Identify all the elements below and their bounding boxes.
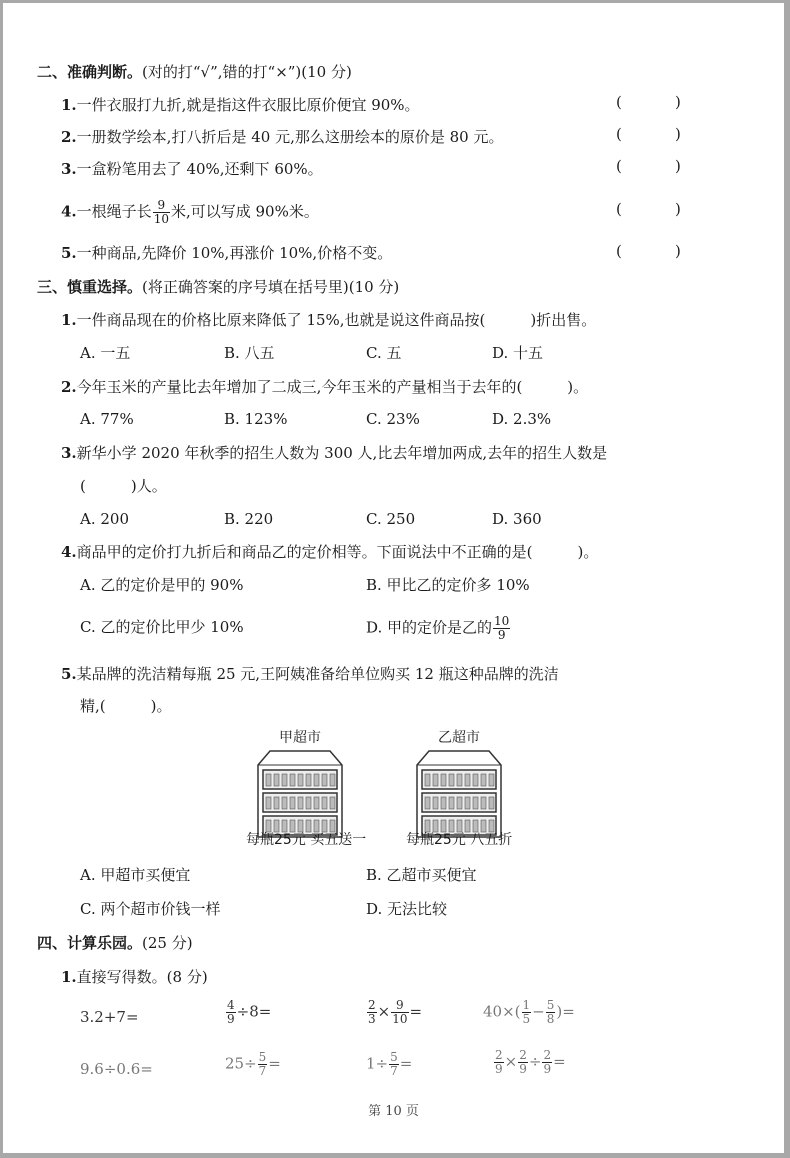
- subquestion-1: 1.直接写得数。(8 分): [61, 967, 208, 987]
- judge-item-2: 2.一册数学绘本,打八折后是 40 元,那么这册绘本的原价是 80 元。: [61, 127, 503, 147]
- fraction: 57: [389, 1051, 399, 1078]
- option-c[interactable]: C. 五: [366, 343, 401, 363]
- paren-close: ): [675, 241, 681, 261]
- shop-yi: 乙超市: [404, 729, 514, 843]
- denominator: 9: [542, 1063, 552, 1076]
- choice-question-3: 3.新华小学 2020 年秋季的招生人数为 300 人,比去年增加两成,去年的招…: [61, 443, 607, 463]
- denominator: 10: [153, 213, 170, 226]
- operator: ÷: [529, 1053, 542, 1071]
- section-note: (25 分): [142, 934, 193, 952]
- option-b[interactable]: B. 220: [224, 509, 273, 529]
- calc-item: 40×(15−58)=: [483, 999, 575, 1026]
- denominator: 3: [367, 1013, 377, 1026]
- item-number: 5.: [61, 665, 77, 683]
- judge-item-4: 4.一根绳子长910米,可以写成 90%米。: [61, 199, 319, 226]
- numerator: 5: [389, 1051, 399, 1065]
- denominator: 7: [389, 1065, 399, 1078]
- option-b[interactable]: B. 乙超市买便宜: [366, 865, 477, 885]
- operator: −: [532, 1003, 545, 1021]
- option-d[interactable]: D. 甲的定价是乙的109: [366, 615, 511, 642]
- item-number: 3.: [61, 160, 77, 178]
- fraction: 29: [494, 1049, 504, 1076]
- numerator: 1: [522, 999, 532, 1013]
- calc-item: 49÷8=: [225, 999, 271, 1026]
- item-number: 2.: [61, 128, 77, 146]
- section-4-heading: 四、计算乐园。(25 分): [37, 933, 193, 953]
- shop-jia: 甲超市: [245, 729, 355, 843]
- fraction: 910: [153, 199, 170, 226]
- section-title: 四、计算乐园。: [37, 934, 142, 952]
- calc-item: 9.6÷0.6=: [80, 1059, 153, 1079]
- expression-text: =: [553, 1053, 566, 1071]
- paren-open: (: [616, 199, 622, 219]
- numerator: 2: [367, 999, 377, 1013]
- question-text: 商品甲的定价打九折后和商品乙的定价相等。下面说法中不正确的是( )。: [77, 543, 599, 561]
- item-text: 一册数学绘本,打八折后是 40 元,那么这册绘本的原价是 80 元。: [77, 128, 504, 146]
- fraction: 29: [518, 1049, 528, 1076]
- calc-item: 25÷57=: [225, 1051, 281, 1078]
- denominator: 5: [522, 1013, 532, 1026]
- numerator: 9: [391, 999, 408, 1013]
- worksheet-page: 二、准确判断。(对的打“√”,错的打“×”)(10 分) 1.一件衣服打九折,就…: [3, 3, 784, 1153]
- choice-question-4: 4.商品甲的定价打九折后和商品乙的定价相等。下面说法中不正确的是( )。: [61, 542, 598, 562]
- fraction: 109: [493, 615, 510, 642]
- paren-open: (: [616, 124, 622, 144]
- option-d[interactable]: D. 2.3%: [492, 409, 551, 429]
- section-title: 三、慎重选择。: [37, 278, 142, 296]
- operator: ×: [505, 1053, 518, 1071]
- paren-close: ): [675, 199, 681, 219]
- operator: ×: [378, 1003, 391, 1021]
- fraction: 15: [522, 999, 532, 1026]
- question-text-continued: 精,( )。: [80, 696, 171, 716]
- numerator: 9: [153, 199, 170, 213]
- shop-name: 甲超市: [245, 729, 355, 747]
- numerator: 5: [258, 1051, 268, 1065]
- denominator: 9: [494, 1063, 504, 1076]
- expression-text: 25÷: [225, 1055, 257, 1073]
- section-title: 二、准确判断。: [37, 63, 142, 81]
- item-number: 4.: [61, 203, 77, 221]
- item-text: 一种商品,先降价 10%,再涨价 10%,价格不变。: [77, 244, 393, 262]
- fraction: 910: [391, 999, 408, 1026]
- item-text: 一盒粉笔用去了 40%,还剩下 60%。: [77, 160, 323, 178]
- judge-item-3: 3.一盒粉笔用去了 40%,还剩下 60%。: [61, 159, 323, 179]
- numerator: 4: [226, 999, 236, 1013]
- fraction: 23: [367, 999, 377, 1026]
- question-text: 一件商品现在的价格比原来降低了 15%,也就是说这件商品按( )折出售。: [77, 311, 597, 329]
- option-d[interactable]: D. 无法比较: [366, 899, 447, 919]
- calc-item: 23×910=: [366, 999, 422, 1026]
- option-a[interactable]: A. 200: [80, 509, 129, 529]
- fraction: 57: [258, 1051, 268, 1078]
- shelf-illustration-icon: [404, 747, 514, 839]
- option-c[interactable]: C. 250: [366, 509, 415, 529]
- fraction: 49: [226, 999, 236, 1026]
- section-3-heading: 三、慎重选择。(将正确答案的序号填在括号里)(10 分): [37, 277, 399, 297]
- denominator: 9: [493, 629, 510, 642]
- shop-name: 乙超市: [404, 729, 514, 747]
- expression-text: =: [410, 1003, 423, 1021]
- paren-open: (: [616, 92, 622, 112]
- expression-text: 1÷: [366, 1055, 388, 1073]
- fraction: 58: [546, 999, 556, 1026]
- item-number: 2.: [61, 378, 77, 396]
- option-a[interactable]: A. 乙的定价是甲的 90%: [80, 575, 243, 595]
- shop-caption: 每瓶25元 八五折: [406, 831, 512, 849]
- calc-item: 3.2+7=: [80, 1007, 139, 1027]
- item-number: 1.: [61, 96, 77, 114]
- denominator: 9: [518, 1063, 528, 1076]
- fraction: 29: [542, 1049, 552, 1076]
- option-text: D. 甲的定价是乙的: [366, 619, 492, 637]
- judge-item-1: 1.一件衣服打九折,就是指这件衣服比原价便宜 90%。: [61, 95, 420, 115]
- choice-question-5: 5.某品牌的洗洁精每瓶 25 元,王阿姨准备给单位购买 12 瓶这种品牌的洗洁: [61, 664, 559, 684]
- denominator: 10: [391, 1013, 408, 1026]
- item-number: 4.: [61, 543, 77, 561]
- paren-close: ): [675, 156, 681, 176]
- paren-close: ): [675, 92, 681, 112]
- expression-text: )=: [556, 1003, 574, 1021]
- choice-question-1: 1.一件商品现在的价格比原来降低了 15%,也就是说这件商品按( )折出售。: [61, 310, 596, 330]
- subquestion-text: 直接写得数。(8 分): [77, 968, 208, 986]
- expression-text: =: [400, 1055, 413, 1073]
- option-b[interactable]: B. 123%: [224, 409, 287, 429]
- paren-open: (: [616, 156, 622, 176]
- denominator: 9: [226, 1013, 236, 1026]
- expression-text: ÷8=: [237, 1003, 272, 1021]
- section-note: (对的打“√”,错的打“×”)(10 分): [142, 63, 352, 81]
- question-text: 某品牌的洗洁精每瓶 25 元,王阿姨准备给单位购买 12 瓶这种品牌的洗洁: [77, 665, 559, 683]
- option-d[interactable]: D. 360: [492, 509, 542, 529]
- shelf-illustration-icon: [245, 747, 355, 839]
- numerator: 5: [546, 999, 556, 1013]
- denominator: 8: [546, 1013, 556, 1026]
- option-d[interactable]: D. 十五: [492, 343, 543, 363]
- item-number: 5.: [61, 244, 77, 262]
- question-text: 今年玉米的产量比去年增加了二成三,今年玉米的产量相当于去年的( )。: [77, 378, 588, 396]
- item-number: 3.: [61, 444, 77, 462]
- item-number: 1.: [61, 311, 77, 329]
- choice-question-2: 2.今年玉米的产量比去年增加了二成三,今年玉米的产量相当于去年的( )。: [61, 377, 588, 397]
- option-a[interactable]: A. 一五: [80, 343, 130, 363]
- option-b[interactable]: B. 甲比乙的定价多 10%: [366, 575, 530, 595]
- item-text: 一根绳子长: [77, 203, 152, 221]
- item-text: 米,可以写成 90%米。: [171, 203, 319, 221]
- item-text: 一件衣服打九折,就是指这件衣服比原价便宜 90%。: [77, 96, 420, 114]
- expression-text: 40×(: [483, 1003, 521, 1021]
- option-c[interactable]: C. 两个超市价钱一样: [80, 899, 220, 919]
- paren-close: ): [675, 124, 681, 144]
- option-a[interactable]: A. 77%: [80, 409, 134, 429]
- option-c[interactable]: C. 乙的定价比甲少 10%: [80, 617, 244, 637]
- question-text-continued: ( )人。: [80, 476, 167, 496]
- numerator: 10: [493, 615, 510, 629]
- section-2-heading: 二、准确判断。(对的打“√”,错的打“×”)(10 分): [37, 62, 352, 82]
- question-text: 新华小学 2020 年秋季的招生人数为 300 人,比去年增加两成,去年的招生人…: [77, 444, 607, 462]
- option-a[interactable]: A. 甲超市买便宜: [80, 865, 190, 885]
- denominator: 7: [258, 1065, 268, 1078]
- calc-item: 29×29÷29=: [493, 1049, 566, 1076]
- judge-item-5: 5.一种商品,先降价 10%,再涨价 10%,价格不变。: [61, 243, 392, 263]
- page-number: 第 10 页: [3, 1100, 784, 1119]
- option-c[interactable]: C. 23%: [366, 409, 420, 429]
- numerator: 2: [518, 1049, 528, 1063]
- expression-text: =: [268, 1055, 281, 1073]
- option-b[interactable]: B. 八五: [224, 343, 275, 363]
- numerator: 2: [494, 1049, 504, 1063]
- shop-caption: 每瓶25元 买五送一: [246, 831, 366, 849]
- section-note: (将正确答案的序号填在括号里)(10 分): [142, 278, 399, 296]
- paren-open: (: [616, 241, 622, 261]
- calc-item: 1÷57=: [366, 1051, 412, 1078]
- item-number: 1.: [61, 968, 77, 986]
- numerator: 2: [542, 1049, 552, 1063]
